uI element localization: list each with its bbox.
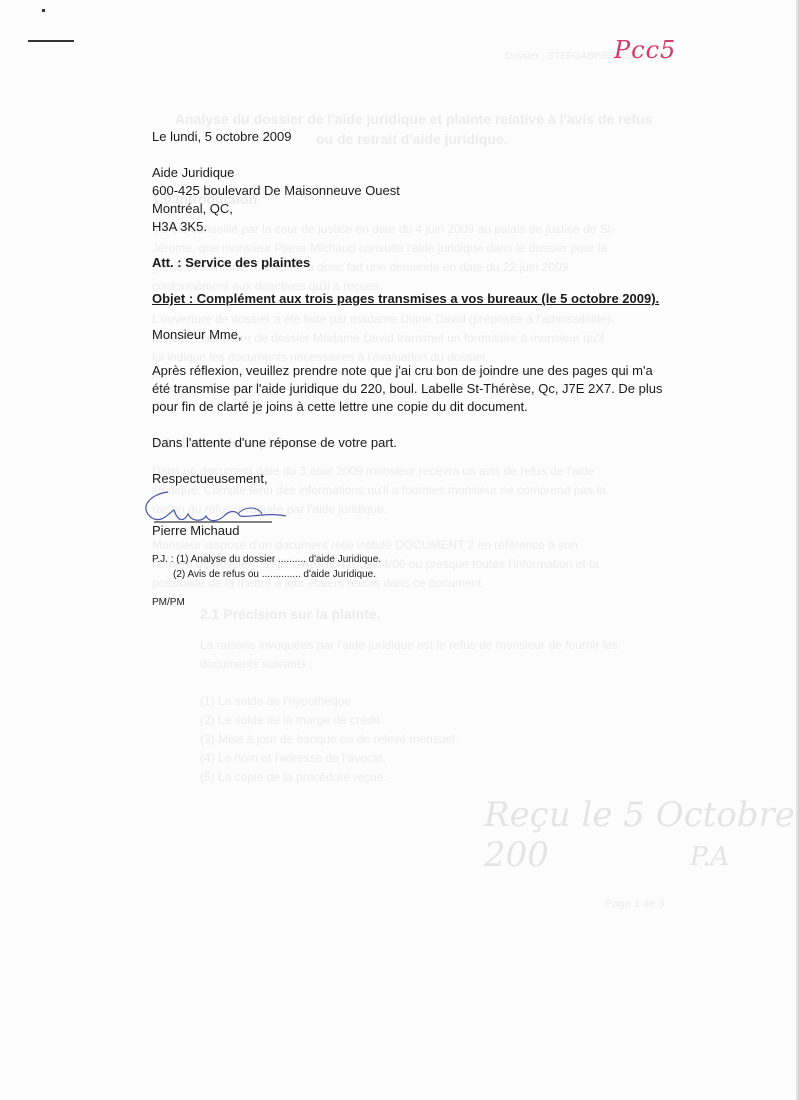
recipient-street: 600-425 boulevard De Maisonneuve Ouest xyxy=(152,182,672,200)
ghost-line: La raisons invoquées par l'aide juridiqu… xyxy=(200,636,618,655)
recipient-city: Montréal, QC, xyxy=(152,200,672,218)
recipient-name: Aide Juridique xyxy=(152,164,672,182)
scan-mark xyxy=(28,40,74,42)
initials: PM/PM xyxy=(152,594,672,612)
ghost-lines-5: La raisons invoquées par l'aide juridiqu… xyxy=(200,636,618,674)
attachment-item: P.J. : (1) Analyse du dossier ..........… xyxy=(152,552,672,567)
ghost-received-note: Reçu le 5 Octobre 200 xyxy=(484,795,800,875)
letter-date: Le lundi, 5 octobre 2009 xyxy=(152,128,672,146)
closing-line: Dans l'attente d'une réponse de votre pa… xyxy=(152,434,672,452)
ghost-list-item: (1) Le solde de l'hypothèque xyxy=(200,692,458,711)
ghost-list-item: (2) Le solde de la marge de crédit. xyxy=(200,711,458,730)
ghost-list-item: (4) Le nom et l'adresse de l'avocat. xyxy=(200,749,458,768)
ghost-title-1: Analyse du dossier de l'aide juridique e… xyxy=(175,110,652,129)
signature-scribble-icon xyxy=(140,482,320,532)
ghost-list-item: (3) Mise à jour de banque ou de relevé m… xyxy=(200,730,458,749)
salutation: Monsieur Mme, xyxy=(152,326,672,344)
scan-edge xyxy=(796,0,800,1100)
scan-speck xyxy=(42,9,45,12)
letter-body: Le lundi, 5 octobre 2009 Aide Juridique … xyxy=(152,128,672,612)
ghost-received-initials: P.A xyxy=(690,848,729,867)
recipient-postal: H3A 3K5. xyxy=(152,218,672,236)
body-line: pour fin de clarté je joins à cette lett… xyxy=(152,398,672,416)
ghost-line: documents suivants : xyxy=(200,655,618,674)
attention-line: Att. : Service des plaintes xyxy=(152,254,672,272)
body-line: Après réflexion, veuillez prendre note q… xyxy=(152,362,672,380)
ghost-page-number: Page 1 de 3 xyxy=(605,895,664,914)
ghost-list: (1) Le solde de l'hypothèque (2) Le sold… xyxy=(200,692,458,787)
attachment-item: (2) Avis de refus ou .............. d'ai… xyxy=(152,567,672,582)
signature xyxy=(152,488,672,522)
body-line: été transmise par l'aide juridique du 22… xyxy=(152,380,672,398)
attachments: P.J. : (1) Analyse du dossier ..........… xyxy=(152,552,672,582)
subject-line: Objet : Complément aux trois pages trans… xyxy=(152,290,672,308)
ghost-list-item: (5) La copie de la procédure reçue. xyxy=(200,768,458,787)
handwritten-pcs-note: Pcc5 xyxy=(614,36,676,64)
